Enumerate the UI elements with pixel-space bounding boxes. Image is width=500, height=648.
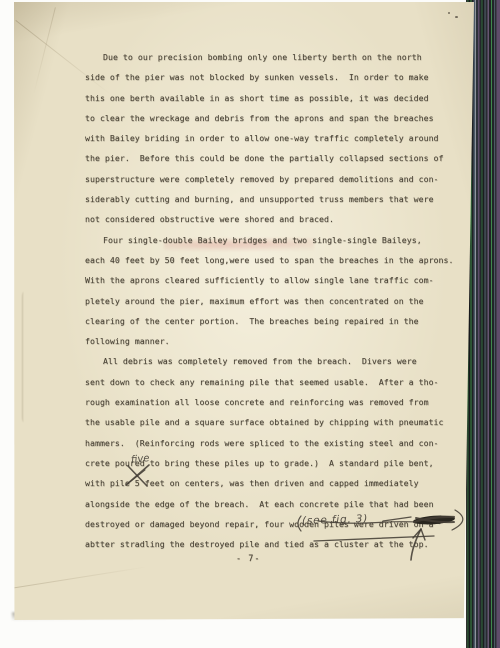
text-line: Due to our precision bombing only one li… <box>85 47 465 67</box>
text-line: the usable pile and a square surface obt… <box>85 412 465 432</box>
handwritten-five-annotation: five <box>130 453 150 466</box>
paper-crease <box>22 292 25 422</box>
text-line: side of the pier was not blocked by sunk… <box>85 67 465 87</box>
text-line: superstructure were completely removed b… <box>85 169 465 189</box>
document-text: Due to our precision bombing only one li… <box>85 47 465 554</box>
text-line: pletely around the pier, maximum effort … <box>85 291 465 311</box>
figure-reference-annotation: (see fig. 3) <box>302 513 369 527</box>
text-line: clearing of the center portion. The brea… <box>85 311 465 331</box>
paper-crease <box>33 7 56 95</box>
text-line: With the aprons cleared sufficiently to … <box>85 270 465 290</box>
text-line: with pile 5 feet on centers, was then dr… <box>85 473 465 493</box>
text-line: sent down to check any remaining pile th… <box>85 372 465 392</box>
text-line: siderably cutting and burning, and unsup… <box>85 189 465 209</box>
paper-crease <box>10 566 148 589</box>
text-line: alongside the edge of the breach. At eac… <box>85 494 465 514</box>
text-line: destroyed or damaged beyond repair, four… <box>85 514 465 534</box>
text-line: to clear the wreckage and debris from th… <box>85 108 465 128</box>
dust-speck <box>455 16 458 18</box>
scanned-document-view: Due to our precision bombing only one li… <box>0 0 500 648</box>
text-line: with Bailey briding in order to allow on… <box>85 128 465 148</box>
page-number: - 7- <box>236 554 260 564</box>
text-line: rough examination all loose concrete and… <box>85 392 465 412</box>
text-line: Four single-double Bailey bridges and tw… <box>85 230 465 250</box>
text-line: each 40 feet by 50 feet long,were used t… <box>85 250 465 270</box>
text-line: this one berth available in as short tim… <box>85 88 465 108</box>
text-line: the pier. Before this could be done the … <box>85 148 465 168</box>
text-line: not considered obstructive were shored a… <box>85 209 465 229</box>
text-line: abtter stradling the destroyed pile and … <box>85 534 465 554</box>
paper-page: Due to our precision bombing only one li… <box>14 2 474 620</box>
text-line: following manner. <box>85 331 465 351</box>
dust-speck <box>448 12 450 14</box>
text-line: hammers. (Reinforcing rods were spliced … <box>85 433 465 453</box>
text-line: All debris was completely removed from t… <box>85 351 465 371</box>
